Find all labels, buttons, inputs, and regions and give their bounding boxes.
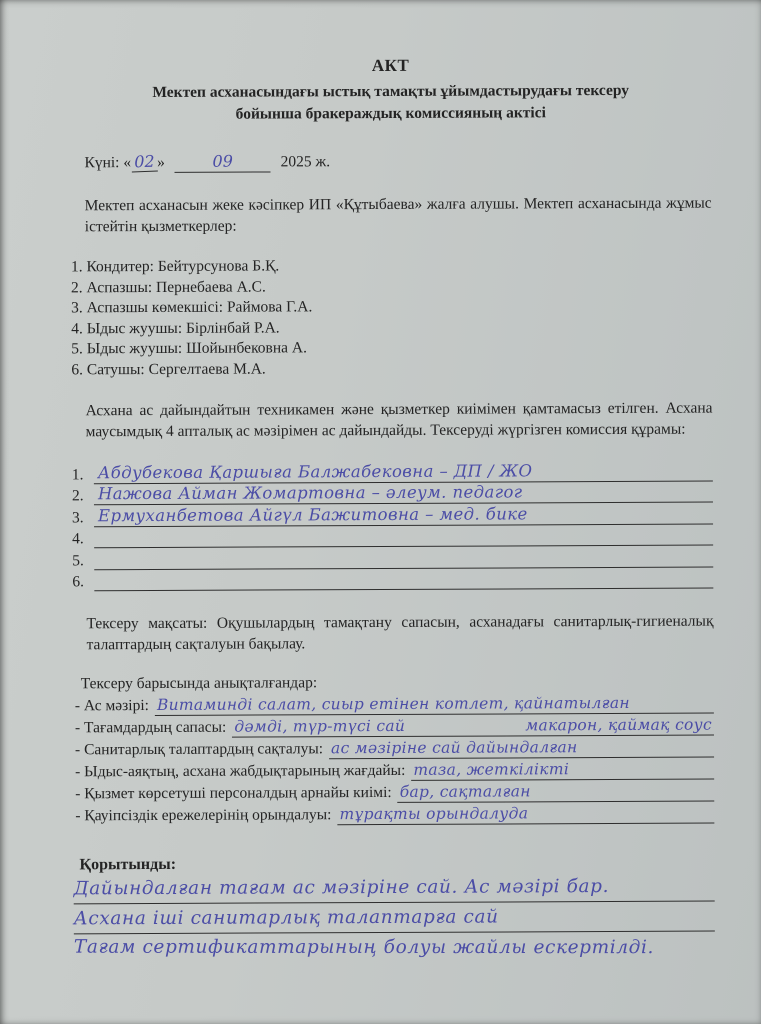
finding-value-handwritten: тұрақты орындалуда (339, 803, 528, 824)
finding-label: - Ыдыс-аяқтың, асхана жабдықтарының жағд… (75, 761, 411, 782)
finding-blank: тұрақты орындалуда (337, 803, 714, 826)
finding-label: - Тағамдардың сапасы: (75, 718, 232, 739)
finding-row-safety: - Қауіпсіздік ережелерінің орындалуы: тұ… (75, 803, 714, 827)
conclusion-text-handwritten: Асхана іші санитарлық талаптарға сай (74, 906, 499, 929)
commission-row: 3. Ермуханбетова Айгүл Бажитовна – мед. … (72, 503, 713, 527)
conclusion-text-handwritten: Дайындалған тағам ас мәзіріне сай. Ас мә… (74, 876, 610, 899)
finding-wrap-text-handwritten: макарон, қаймақ соус (525, 715, 712, 736)
staff-item: 1. Кондитер: Бейтурсунова Б.Қ. (71, 255, 712, 278)
finding-blank: бар, сақталған (398, 781, 715, 803)
commission-row-blank: Нажова Айман Жомартовна – әлеум. педагог (94, 483, 713, 506)
act-document-sheet: АКТ Мектеп асханасындағы ыстық тамақты ұ… (0, 0, 761, 1024)
staff-item: 2. Аспазшы: Пернебаева А.С. (71, 275, 712, 298)
commission-row-number: 3. (72, 509, 94, 527)
document-title: АКТ (70, 55, 711, 78)
date-year: 2025 ж. (281, 153, 331, 170)
date-label: Күні: (84, 154, 119, 171)
document-subtitle: Мектеп асханасындағы ыстық тамақты ұйымд… (70, 80, 711, 127)
finding-label: - Ас мәзірі: (75, 696, 155, 716)
staff-item: 6. Сатушы: Сергелтаева М.А. (71, 357, 712, 380)
equipment-paragraph: Асхана ас дайындайтын техникамен және қы… (86, 398, 713, 443)
conclusion-heading: Қорытынды: (79, 854, 714, 875)
subtitle-line-2: бойынша бракераждық комиссияның актісі (236, 104, 546, 122)
commission-row: 5. (72, 546, 713, 570)
date-line: Күні: «02» 09 2025 ж. (84, 150, 711, 174)
findings-heading: Тексеру барысында анықталғандар: (81, 673, 714, 694)
commission-entry-handwritten: Нажова Айман Жомартовна – әлеум. педагог (98, 482, 523, 503)
finding-blank: дәмді, түр-түсі саймакарон, қаймақ соус (232, 715, 714, 738)
subtitle-line-1: Мектеп асханасындағы ыстық тамақты ұйымд… (152, 82, 629, 101)
staff-item: 5. Ыдыс жуушы: Шойынбековна А. (71, 337, 712, 360)
commission-row-number: 1. (72, 466, 94, 484)
commission-row: 6. (72, 567, 713, 591)
date-month-blank: 09 (175, 151, 271, 172)
conclusion-line: Тағам сертификаттарының болуы жайлы еске… (74, 935, 715, 963)
finding-blank: таза, жеткілікті (411, 759, 714, 781)
commission-row-number: 2. (72, 487, 94, 505)
intro-paragraph: Мектеп асханасын жеке кәсіпкер ИП «Құтыб… (85, 193, 712, 238)
commission-row: 2. Нажова Айман Жомартовна – әлеум. педа… (72, 481, 713, 505)
finding-row-dishes: - Ыдыс-аяқтың, асхана жабдықтарының жағд… (75, 759, 714, 783)
commission-row-number: 6. (72, 573, 94, 591)
quote-close: » (157, 154, 165, 171)
finding-row-uniform: - Қызмет көрсетуші персоналдың арнайы ки… (75, 781, 714, 805)
commission-entry-handwritten: Ермуханбетова Айгүл Бажитовна – мед. бик… (98, 504, 528, 525)
staff-list: 1. Кондитер: Бейтурсунова Б.Қ. 2. Аспазш… (71, 255, 713, 381)
staff-item: 4. Ыдыс жуушы: Бірлінбай Р.А. (71, 316, 712, 339)
conclusion-section: Қорытынды: Дайындалған тағам ас мәзіріне… (73, 854, 714, 964)
commission-row-number: 5. (72, 552, 94, 570)
quote-open: « (123, 154, 131, 171)
finding-row-menu: - Ас мәзірі: Витаминді салат, сиыр етіне… (75, 693, 714, 717)
finding-row-sanitary: - Санитарлық талаптардың сақталуы: ас мә… (75, 737, 714, 761)
commission-row-blank (94, 588, 713, 592)
finding-blank: ас мәзіріне сай дайындалған (329, 737, 714, 760)
finding-label: - Санитарлық талаптардың сақталуы: (75, 739, 329, 760)
commission-row-blank: Абдубекова Қаршыға Балжабековна – ДП / Ж… (94, 461, 713, 484)
commission-row: 4. (72, 524, 713, 548)
conclusion-line: Асхана іші санитарлық талаптарға сай (74, 904, 715, 935)
commission-row: 1. Абдубекова Қаршыға Балжабековна – ДП … (72, 460, 713, 484)
commission-row-number: 4. (72, 530, 94, 548)
purpose-paragraph: Тексеру мақсаты: Оқушылардың тамақтану с… (86, 611, 713, 656)
finding-value-handwritten: дәмді, түр-түсі сай (234, 716, 405, 737)
findings-section: Тексеру барысында анықталғандар: - Ас мә… (73, 673, 715, 827)
finding-row-food-quality: - Тағамдардың сапасы: дәмді, түр-түсі са… (75, 715, 714, 739)
date-day-handwritten: 02 (131, 152, 158, 173)
commission-entry-handwritten: Абдубекова Қаршыға Балжабековна – ДП / Ж… (98, 461, 533, 482)
finding-blank: Витаминді салат, сиыр етінен котлет, қай… (155, 693, 714, 716)
finding-value-handwritten: таза, жеткілікті (413, 759, 569, 780)
conclusion-text-handwritten: Тағам сертификаттарының болуы жайлы еске… (74, 937, 654, 959)
commission-list: 1. Абдубекова Қаршыға Балжабековна – ДП … (72, 460, 714, 592)
conclusion-line: Дайындалған тағам ас мәзіріне сай. Ас мә… (74, 874, 715, 905)
staff-item: 3. Аспазшы көмекшісі: Раймова Г.А. (71, 296, 712, 319)
document-photo: АКТ Мектеп асханасындағы ыстық тамақты ұ… (0, 0, 761, 1024)
finding-value-handwritten: ас мәзіріне сай дайындалған (331, 737, 578, 758)
finding-label: - Қызмет көрсетуші персоналдың арнайы ки… (75, 783, 398, 804)
finding-label: - Қауіпсіздік ережелерінің орындалуы: (75, 805, 337, 826)
finding-value-handwritten: бар, сақталған (400, 781, 531, 802)
date-month-handwritten: 09 (212, 152, 232, 171)
finding-value-handwritten: Витаминді салат, сиыр етінен котлет, қай… (157, 693, 630, 715)
commission-row-blank: Ермуханбетова Айгүл Бажитовна – мед. бик… (94, 504, 713, 527)
